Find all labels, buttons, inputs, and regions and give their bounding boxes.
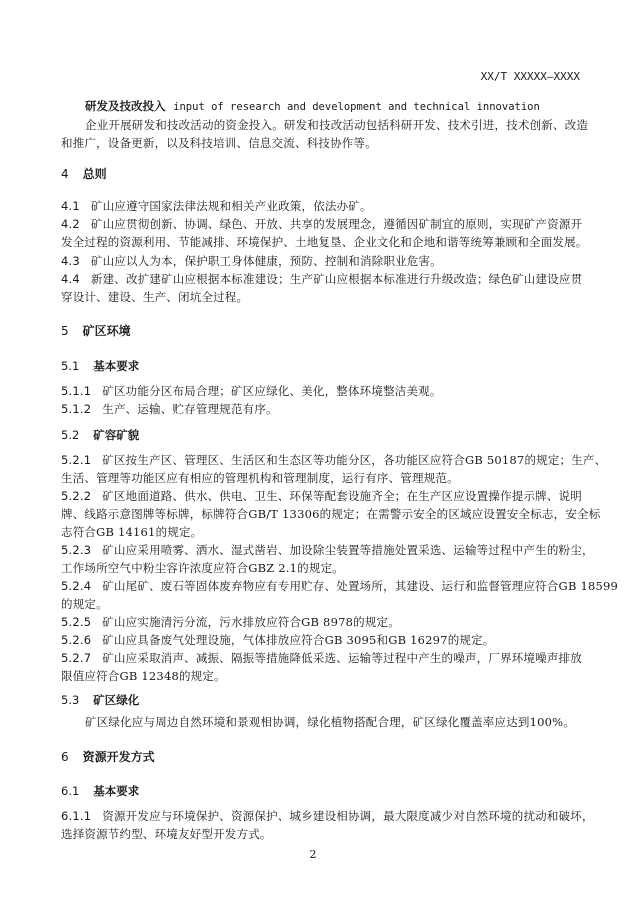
clause-5-2-7: 5.2.7矿山应采取消声、减振、隔振等措施降低采选、运输等过程中产生的噪声，厂界… — [61, 649, 581, 667]
clause-5-2-4-cont: 的规定。 — [61, 595, 581, 613]
clause-4-4: 4.4新建、改扩建矿山应根据本标准建设；生产矿山应根据本标准进行升级改造；绿色矿… — [61, 270, 581, 288]
section-heading-4: 4总则 — [61, 165, 581, 183]
clause-4-2: 4.2矿山应贯彻创新、协调、绿色、开放、共享的发展理念，遵循因矿制宜的原则，实现… — [61, 215, 581, 233]
term-title-zh: 研发及技改投入 — [85, 99, 166, 113]
clause-5-2-3-cont: 工作场所空气中粉尘容许浓度应符合GBZ 2.1的规定。 — [61, 559, 581, 577]
clause-4-4-cont: 穿设计、建设、生产、闭坑全过程。 — [61, 288, 581, 306]
clause-5-1-1: 5.1.1矿区功能分区布局合理；矿区应绿化、美化，整体环境整洁美观。 — [61, 382, 581, 400]
clause-5-2-7-cont: 限值应符合GB 12348的规定。 — [61, 667, 581, 685]
clause-5-2-6: 5.2.6矿山应具备废气处理设施，气体排放应符合GB 3095和GB 16297… — [61, 631, 581, 649]
document-page: XX/T XXXXX—XXXX 研发及技改投入 input of researc… — [0, 0, 626, 912]
clause-5-3-paragraph: 矿区绿化应与周边自然环境和景观相协调，绿化植物搭配合理，矿区绿化覆盖率应达到10… — [85, 713, 605, 731]
term-title-en: input of research and development and te… — [173, 101, 540, 113]
term-definition-line: 企业开展研发和技改活动的资金投入。研发和技改活动包括科研开发、技术引进，技术创新… — [85, 116, 605, 134]
clause-4-1: 4.1矿山应遵守国家法律法规和相关产业政策，依法办矿。 — [61, 197, 581, 215]
section-heading-6-1: 6.1基本要求 — [61, 782, 581, 800]
clause-6-1-1: 6.1.1资源开发应与环境保护、资源保护、城乡建设相协调，最大限度减少对自然环境… — [61, 807, 581, 825]
section-heading-5-1: 5.1基本要求 — [61, 357, 581, 375]
section-heading-6: 6资源开发方式 — [61, 748, 581, 766]
clause-5-2-2: 5.2.2矿区地面道路、供水、供电、卫生、环保等配套设施齐全；在生产区应设置操作… — [61, 487, 581, 505]
term-definition-line: 和推广，设备更新，以及科技培训、信息交流、科技协作等。 — [61, 134, 581, 152]
section-heading-5-2: 5.2矿容矿貌 — [61, 426, 581, 444]
clause-5-1-2: 5.1.2生产、运输、贮存管理规范有序。 — [61, 400, 581, 418]
clause-5-2-5: 5.2.5矿山应实施清污分流，污水排放应符合GB 8978的规定。 — [61, 613, 581, 631]
clause-5-2-1-cont: 生活、管理等功能区应有相应的管理机构和管理制度，运行有序、管理规范。 — [61, 469, 581, 487]
term-title: 研发及技改投入 input of research and developmen… — [85, 97, 605, 116]
clause-4-2-cont: 发全过程的资源利用、节能减排、环境保护、土地复垦、企业文化和企地和谐等统筹兼顾和… — [61, 233, 581, 251]
standard-code-header: XX/T XXXXX—XXXX — [481, 70, 580, 83]
section-heading-5-3: 5.3矿区绿化 — [61, 691, 581, 709]
clause-5-2-2-cont: 牌、线路示意图牌等标牌，标牌符合GB/T 13306的规定；在需警示安全的区域应… — [61, 505, 581, 523]
clause-4-3: 4.3矿山应以人为本，保护职工身体健康，预防、控制和消除职业危害。 — [61, 252, 581, 270]
clause-5-2-4: 5.2.4矿山尾矿、废石等固体废弃物应有专用贮存、处置场所，其建设、运行和监督管… — [61, 577, 581, 595]
clause-5-2-1: 5.2.1矿区按生产区、管理区、生活区和生态区等功能分区，各功能区应符合GB 5… — [61, 451, 581, 469]
section-heading-5: 5矿区环境 — [61, 322, 581, 340]
clause-5-2-2-cont: 志符合GB 14161的规定。 — [61, 523, 581, 541]
clause-6-1-1-cont: 选择资源节约型、环境友好型开发方式。 — [61, 825, 581, 843]
page-number: 2 — [0, 848, 626, 861]
clause-5-2-3: 5.2.3矿山应采用喷雾、洒水、湿式凿岩、加设除尘装置等措施处置采选、运输等过程… — [61, 541, 581, 559]
